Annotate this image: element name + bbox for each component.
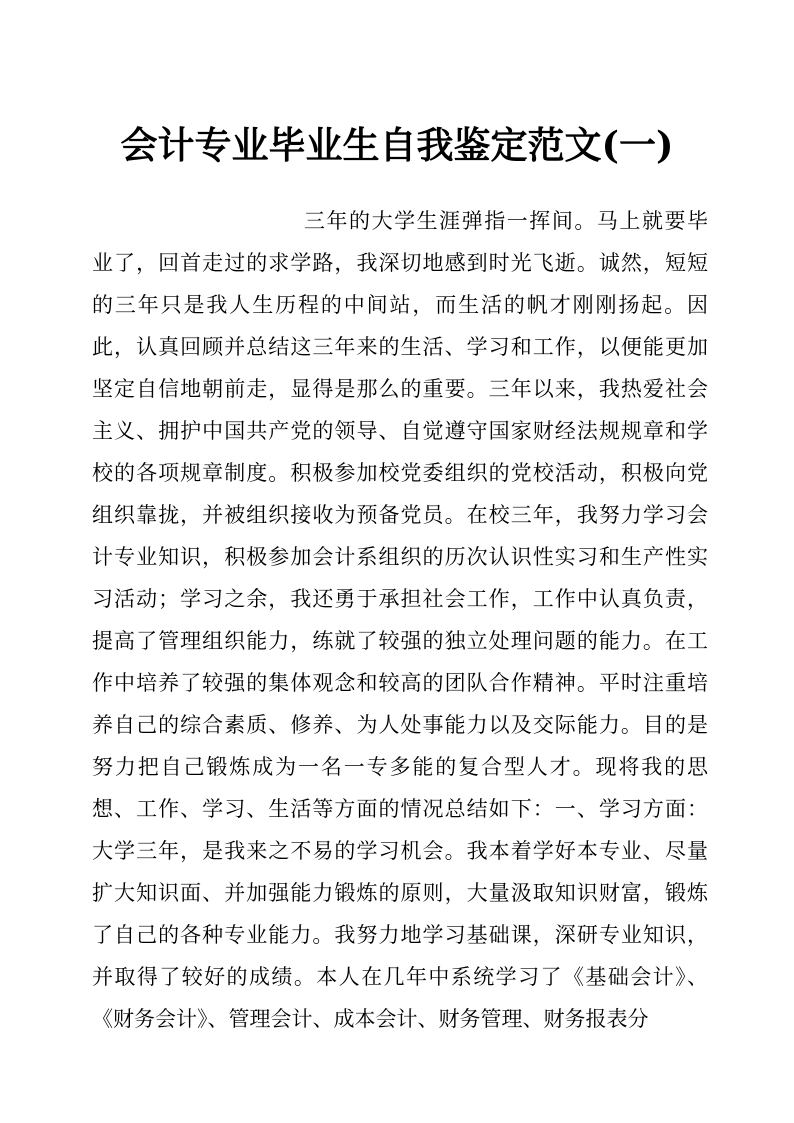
text-line: 了自己的各种专业能力。我努力地学习基础课，深研专业知识， [92,914,708,956]
document-title: 会计专业毕业生自我鉴定范文(一) [0,117,794,173]
text-line: 作中培养了较强的集体观念和较高的团队合作精神。平时注重培 [92,662,708,704]
text-line: 坚定自信地朝前走，显得是那么的重要。三年以来，我热爱社会 [92,368,708,410]
text-line: 想、工作、学习、生活等方面的情况总结如下：一、学习方面： [92,788,708,830]
text-line: 此，认真回顾并总结这三年来的生活、学习和工作，以便能更加 [92,326,708,368]
text-line: 扩大知识面、并加强能力锻炼的原则，大量汲取知识财富，锻炼 [92,872,708,914]
text-line: 三年的大学生涯弹指一挥间。马上就要毕 [92,200,708,242]
text-line: 的三年只是我人生历程的中间站，而生活的帆才刚刚扬起。因 [92,284,708,326]
text-line: 努力把自己锻炼成为一名一专多能的复合型人才。现将我的思 [92,746,708,788]
text-line: 组织靠拢，并被组织接收为预备党员。在校三年，我努力学习会 [92,494,708,536]
text-line: 习活动；学习之余，我还勇于承担社会工作，工作中认真负责， [92,578,708,620]
text-line: 计专业知识，积极参加会计系组织的历次认识性实习和生产性实 [92,536,708,578]
text-line: 《财务会计》、管理会计、成本会计、财务管理、财务报表分 [92,998,708,1040]
document-body-paragraph: 三年的大学生涯弹指一挥间。马上就要毕 业了，回首走过的求学路，我深切地感到时光飞… [92,200,708,1040]
text-line: 养自己的综合素质、修养、为人处事能力以及交际能力。目的是 [92,704,708,746]
text-line: 校的各项规章制度。积极参加校党委组织的党校活动，积极向党 [92,452,708,494]
text-line: 主义、拥护中国共产党的领导、自觉遵守国家财经法规规章和学 [92,410,708,452]
text-line: 大学三年，是我来之不易的学习机会。我本着学好本专业、尽量 [92,830,708,872]
text-line: 并取得了较好的成绩。本人在几年中系统学习了《基础会计》、 [92,956,708,998]
text-line: 业了，回首走过的求学路，我深切地感到时光飞逝。诚然，短短 [92,242,708,284]
text-line: 提高了管理组织能力，练就了较强的独立处理问题的能力。在工 [92,620,708,662]
document-page: 会计专业毕业生自我鉴定范文(一) 三年的大学生涯弹指一挥间。马上就要毕 业了，回… [0,0,794,1123]
